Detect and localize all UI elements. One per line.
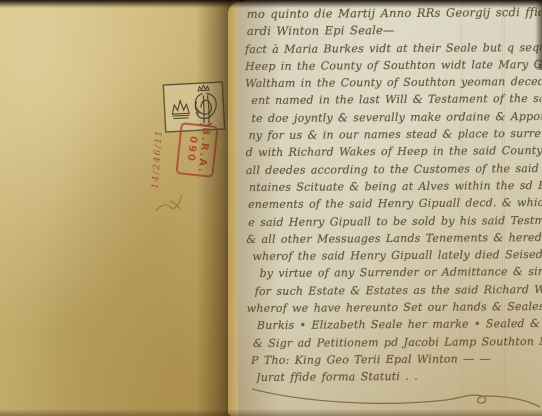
manuscript-line: te doe joyntly & severally make ordaine …	[251, 108, 541, 127]
manuscript-line: ardi Winton Epi Seale—	[247, 21, 541, 40]
manuscript-line: enements of the said Henry Gipuall decd.…	[248, 194, 542, 213]
manuscript-line: ntaines Scituate & being at Alves within…	[249, 177, 542, 196]
manuscript-line: all deedes according to the Customes of …	[246, 160, 542, 179]
photo-top-edge	[0, 0, 542, 8]
manuscript-line: & all other Messuages Lands Tenements & …	[246, 229, 542, 248]
manuscript-line: Waltham in the County of Southton yeoman…	[245, 73, 541, 92]
photo-bottom-edge	[0, 409, 542, 416]
ink-scribble-mark	[150, 185, 194, 219]
manuscript-line: d with Richard Wakes of Heep in the said…	[246, 142, 542, 161]
manuscript-line: ent named in the last Will & Testament o…	[251, 90, 541, 109]
manuscript-line: ny for us & in our names stead & place t…	[249, 125, 542, 144]
photo-right-edge	[535, 0, 542, 70]
manuscript-text-block: mo quinto die Martij Anno RRs Georgij sc…	[245, 4, 542, 387]
manuscript-line: P Tho: King Geo Terii Epal Winton — —	[251, 350, 542, 369]
shelfmark-annotation: 14/246/11	[151, 123, 168, 190]
manuscript-line: wherof we have hereunto Set our hands & …	[247, 298, 542, 317]
manuscript-line: for such Estate & Estates as the said Ri…	[255, 281, 542, 300]
right-manuscript-page: mo quinto die Martij Anno RRs Georgij sc…	[238, 0, 542, 416]
manuscript-line: fact à Maria Burkes vidt at their Seale …	[245, 39, 541, 58]
manuscript-line: wherof the said Henry Gipuall lately die…	[252, 246, 542, 265]
manuscript-photo: B.R.A. 090 14/246/11 mo quinto die Marti…	[0, 0, 542, 416]
manuscript-line: Burkis • Elizabeth Seale her marke • Sea…	[257, 315, 542, 334]
manuscript-line: by virtue of any Surrender or Admittance…	[259, 263, 542, 282]
manuscript-line: Heep in the County of Southton widt late…	[245, 56, 541, 75]
manuscript-line: & Sigr ad Petitionem pd Jacobi Lamp Sout…	[253, 333, 542, 352]
manuscript-line: e said Henry Gipuall to be sold by his s…	[248, 212, 542, 231]
